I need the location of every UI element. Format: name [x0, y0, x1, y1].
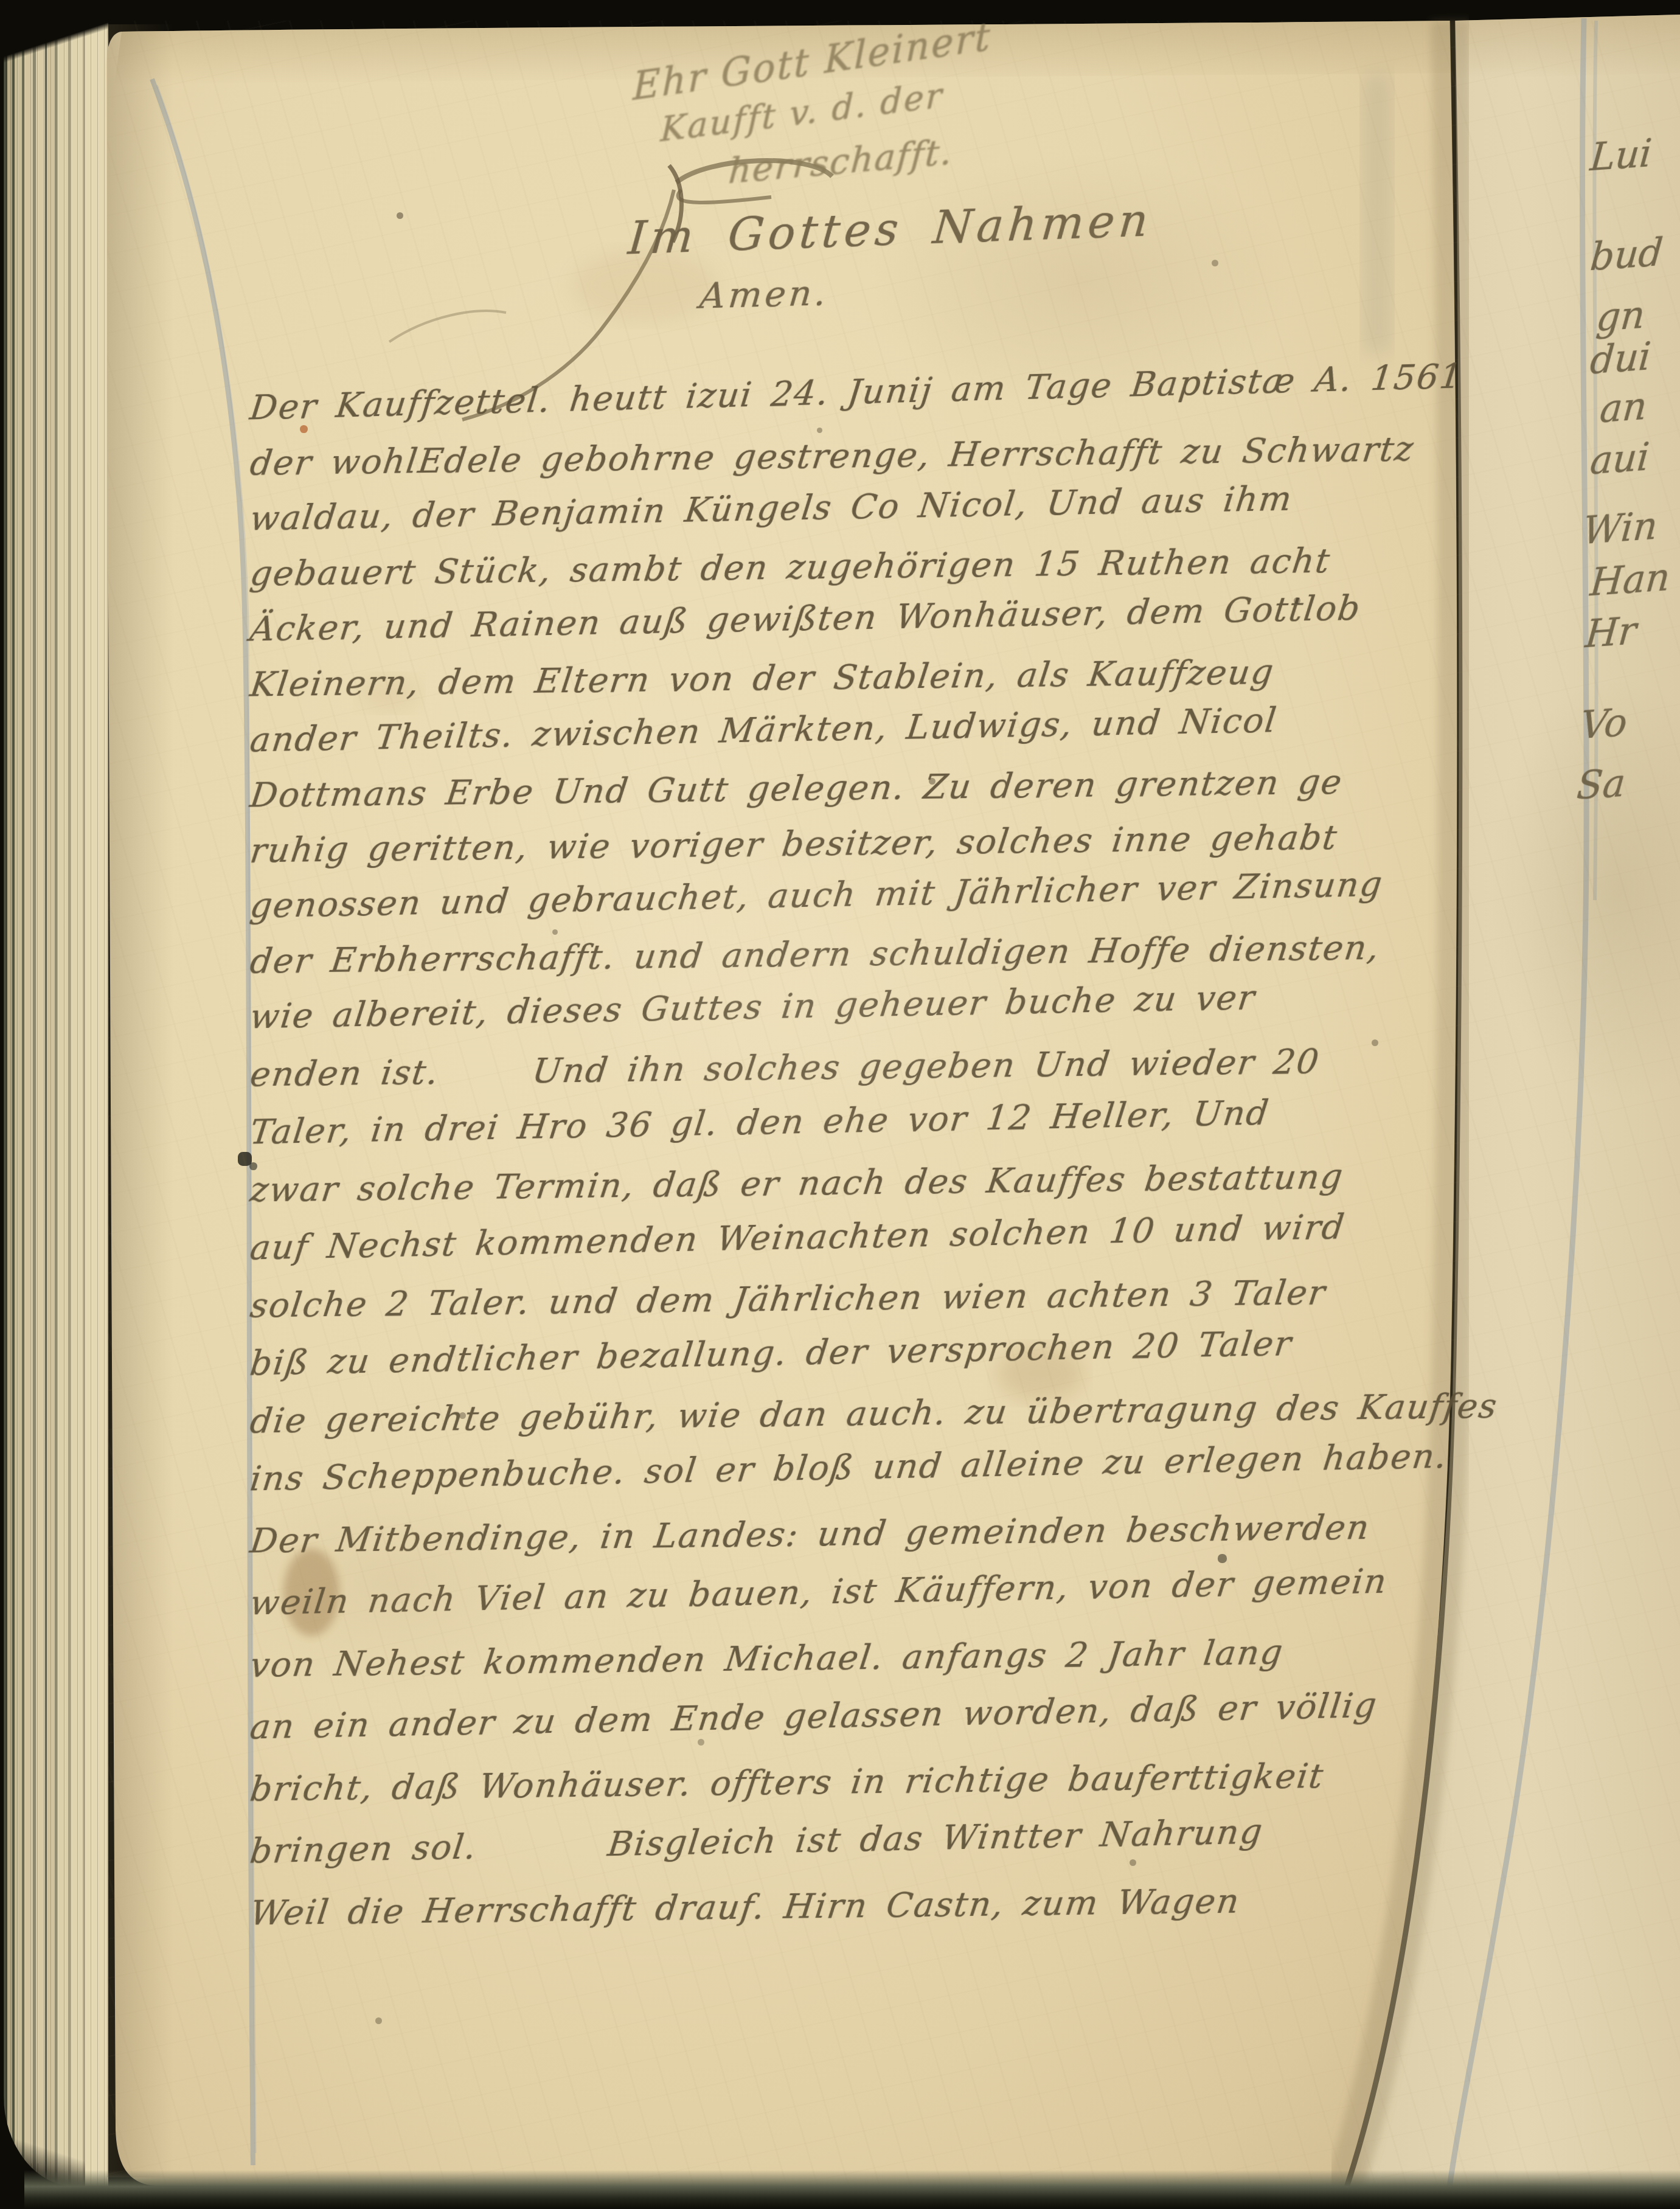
next-page-text-fragment: dui	[1589, 338, 1653, 380]
manuscript-scan: { "document": { "kind": "handwritten man…	[0, 0, 1680, 2209]
gutter-shadow	[107, 24, 174, 2177]
next-page-text-fragment: Win	[1581, 507, 1659, 550]
next-page-text-fragment: Vo	[1579, 703, 1629, 744]
next-page-text-fragment: Lui	[1589, 134, 1653, 176]
next-page-text-fragment: aui	[1589, 438, 1651, 480]
next-page-text-fragment: gn	[1595, 296, 1647, 337]
next-page-text-fragment: bud	[1589, 233, 1664, 276]
next-page-text-fragment: Hr	[1584, 612, 1638, 653]
next-page-text-fragment: Sa	[1575, 764, 1627, 805]
invocation-amen: Amen.	[698, 275, 831, 314]
next-page-text-fragment: Han	[1589, 558, 1671, 602]
scan-bottom-shadow-band	[24, 2170, 1680, 2209]
ink-specks	[0, 0, 3, 3]
next-page-text-fragment: an	[1598, 387, 1648, 428]
